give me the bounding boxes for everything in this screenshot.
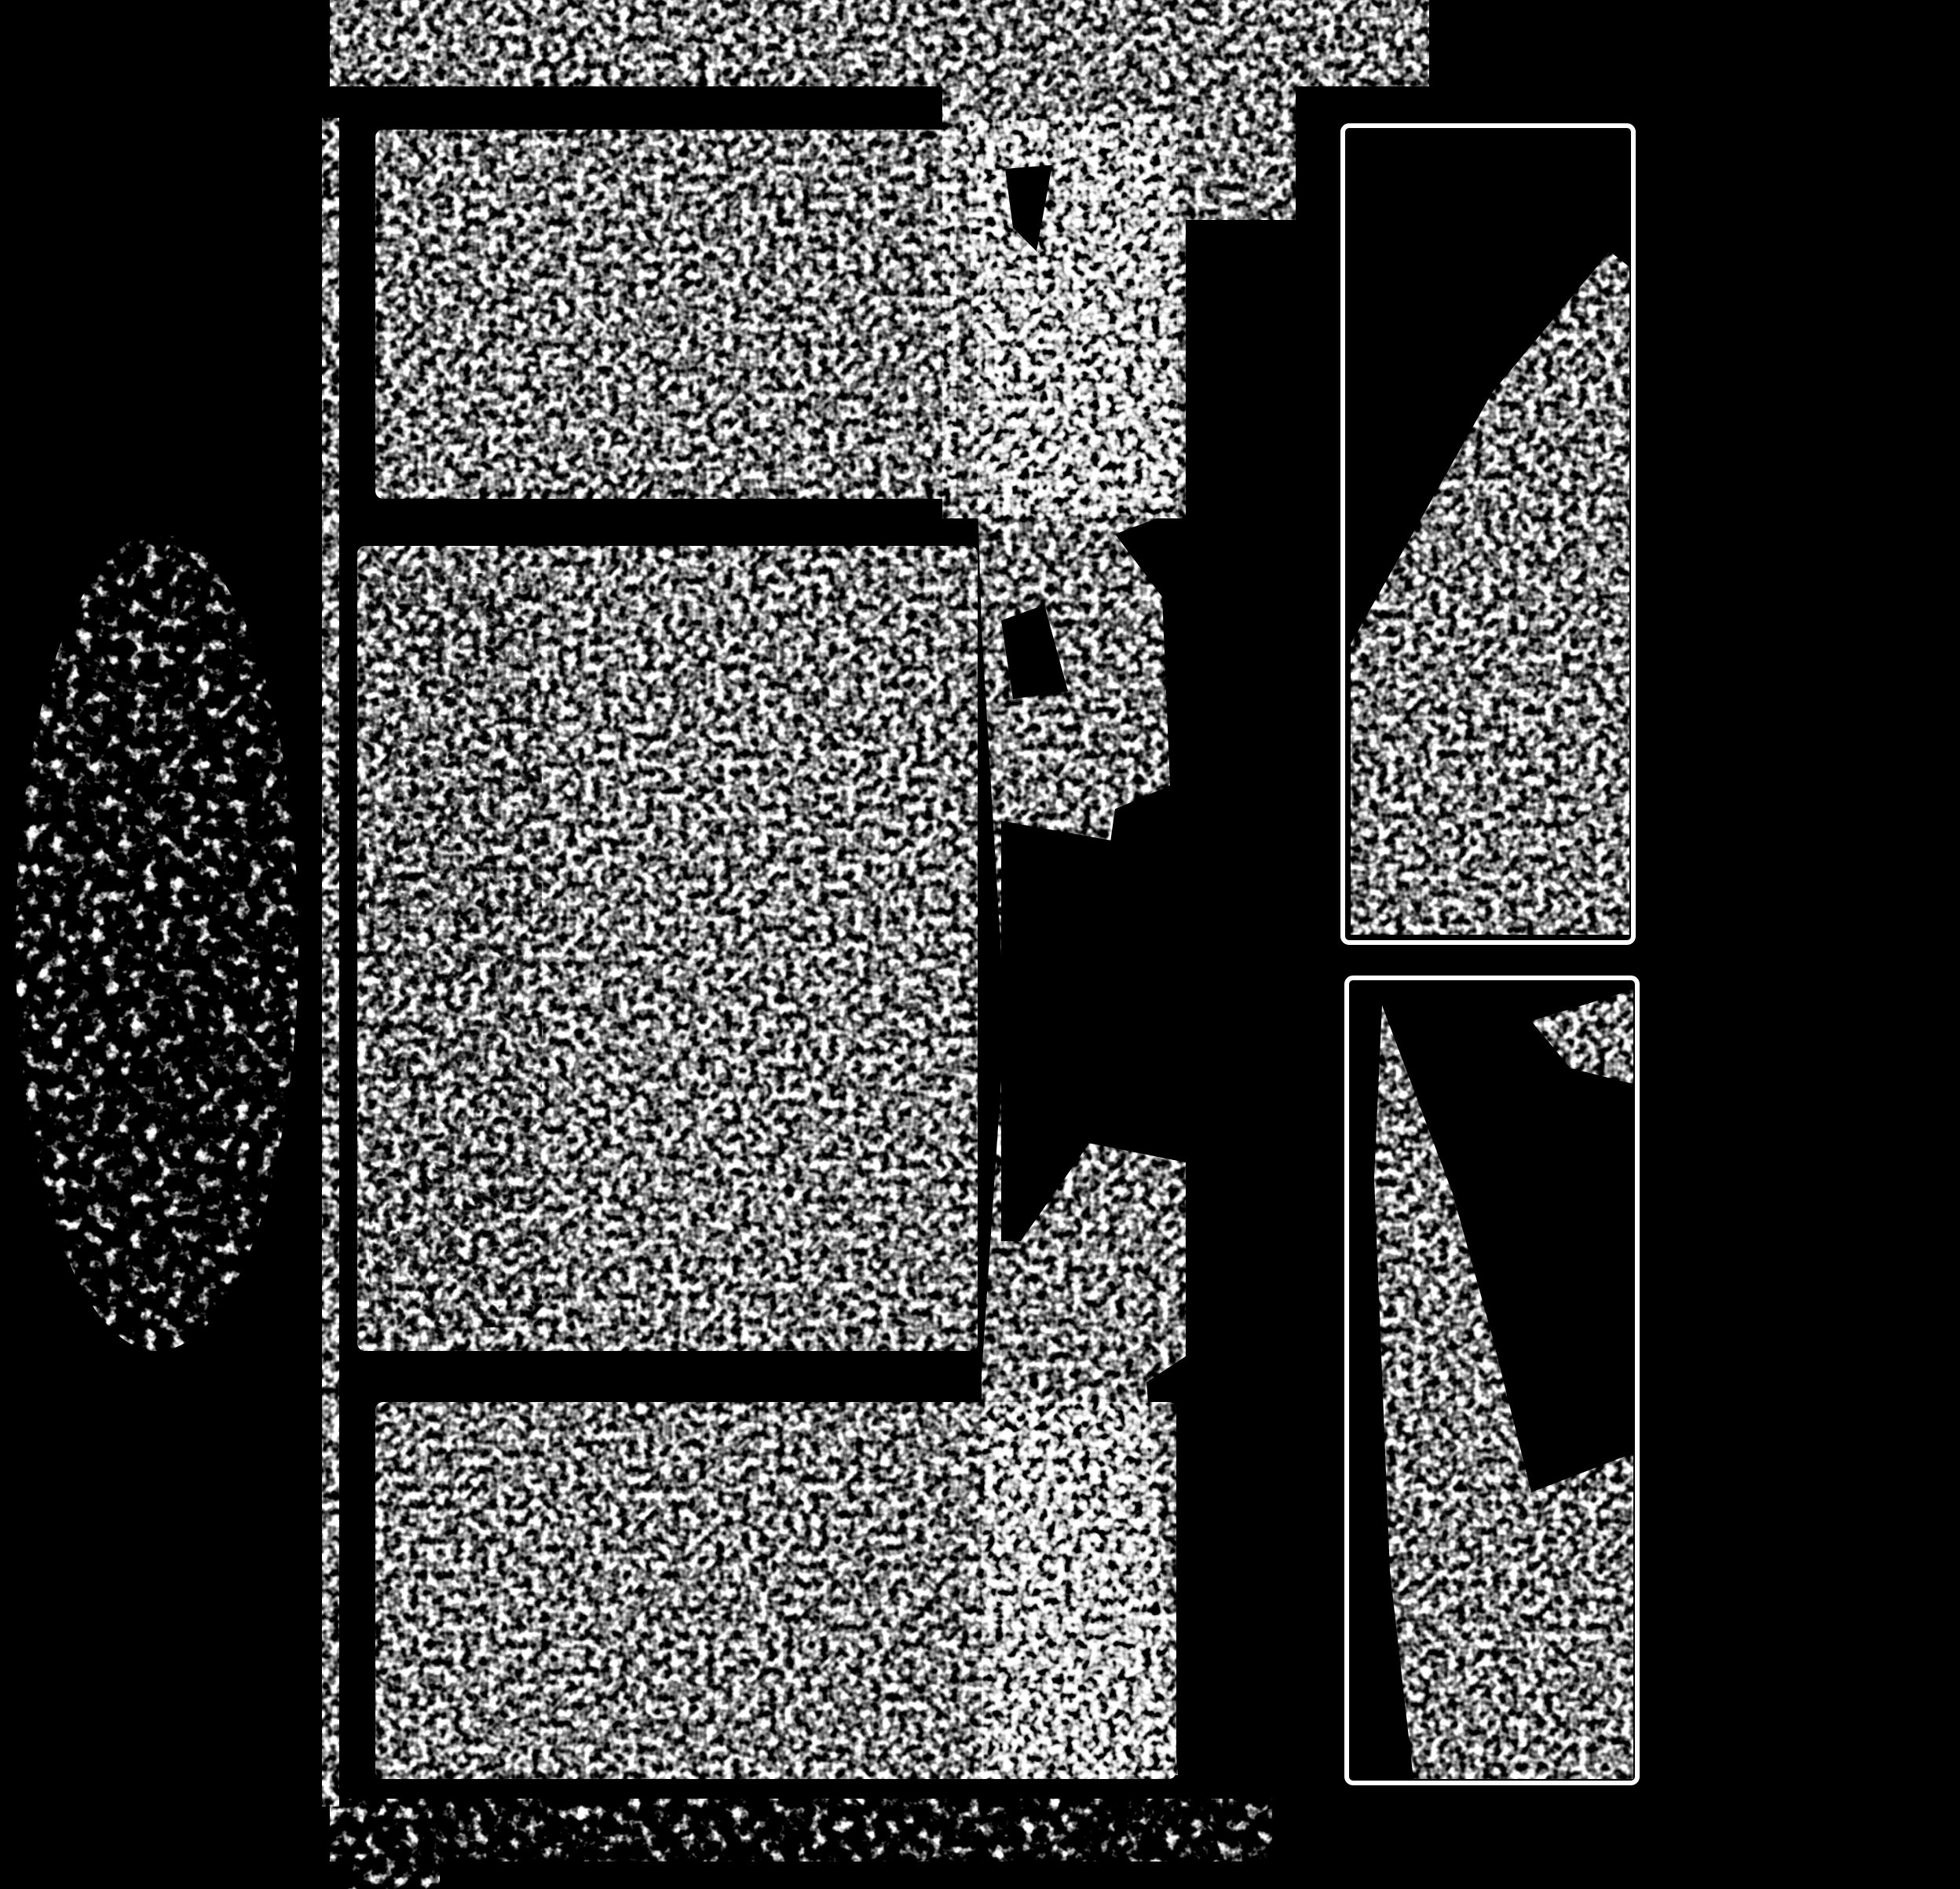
dark-channel [1186,220,1343,1555]
left-haze [16,534,298,1351]
plot-left-top [375,130,956,499]
plot-left-middle-dark [369,573,542,1327]
binarized-image [0,0,1960,1889]
left-strip [322,118,339,1807]
